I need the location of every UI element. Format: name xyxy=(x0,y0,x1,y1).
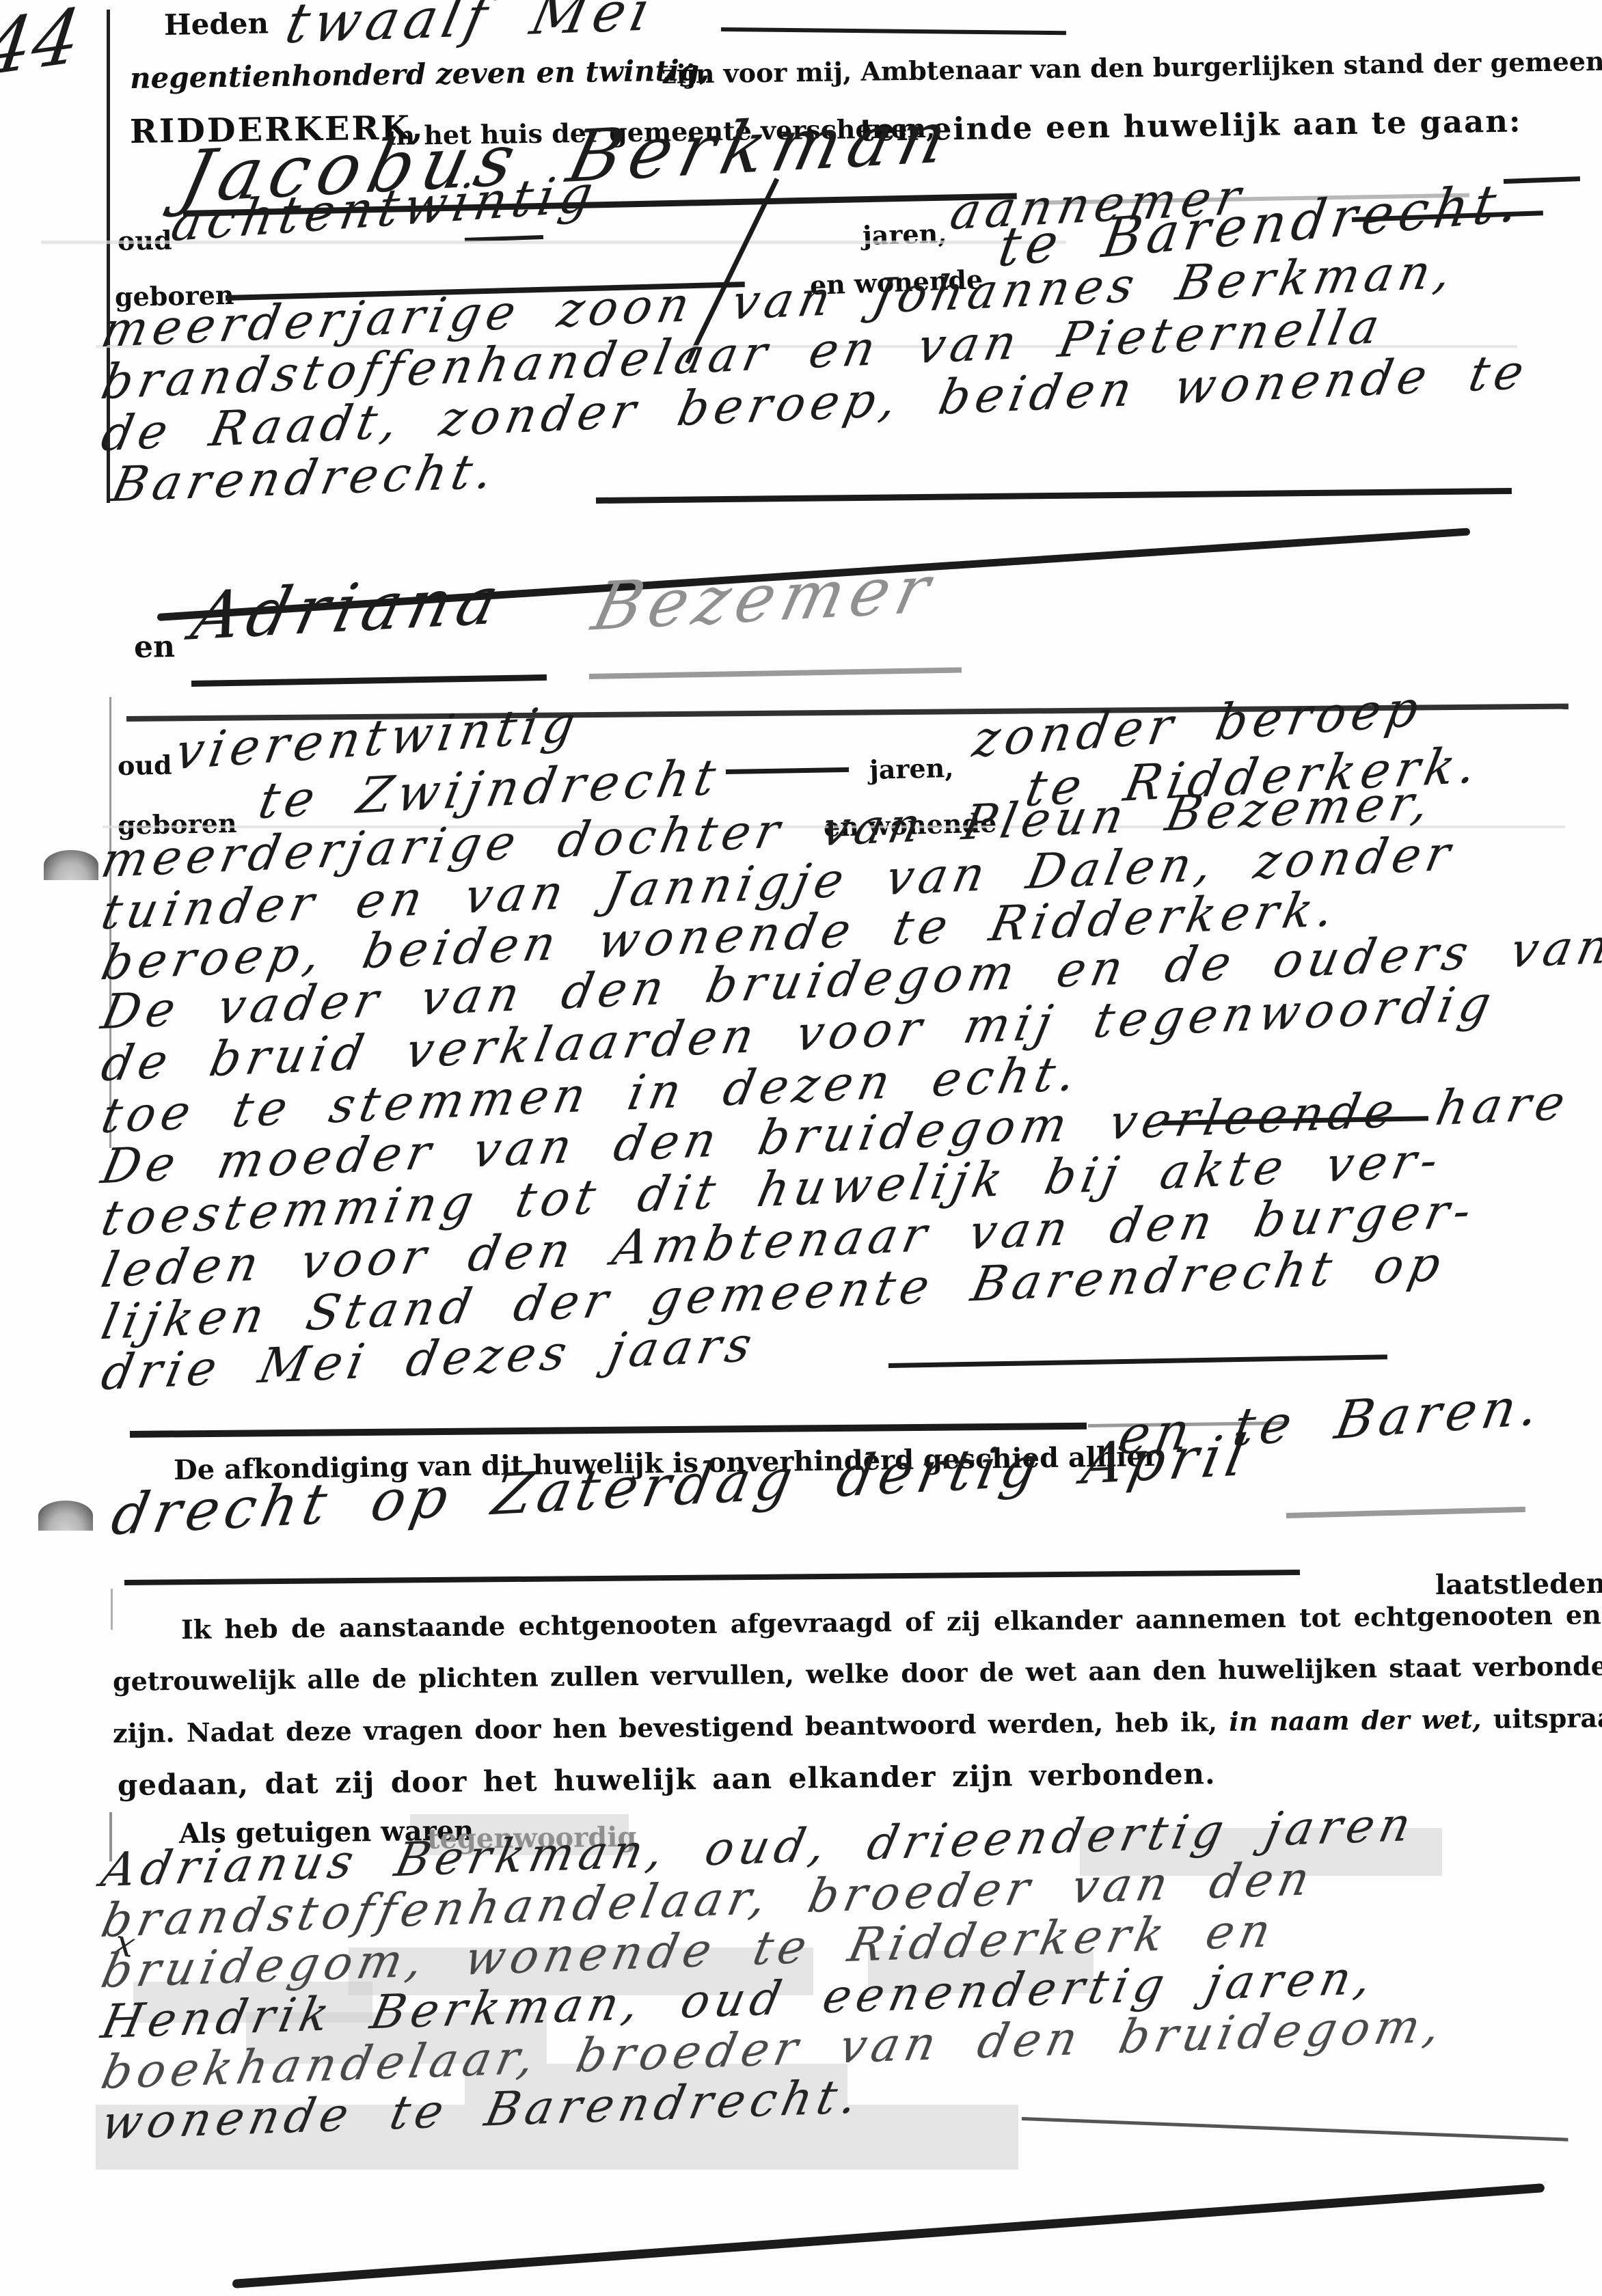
vows-line-4: gedaan, dat zij door het huwelijk aan el… xyxy=(118,1757,1216,1802)
year-line: negentienhonderd zeven en twintig, xyxy=(130,53,710,95)
laatstleden-label: laatstleden. xyxy=(1435,1568,1602,1601)
date-entry: twaalf Mei xyxy=(280,0,661,55)
bottom-bold-diagonal xyxy=(232,2183,1545,2288)
bride-oud-label: oud xyxy=(118,750,172,781)
marriage-certificate-scan: 44 x Heden twaalf Mei negentienhonderd z… xyxy=(0,0,1602,2296)
bride-first-name: Adriana xyxy=(185,561,513,655)
bride-age-dash xyxy=(726,767,849,774)
bride-en-label: en xyxy=(134,629,176,665)
bride-first-name-underline xyxy=(191,674,547,687)
hole-punch-top xyxy=(44,850,98,880)
vows-line-3-end: uitspraak xyxy=(1481,1702,1602,1734)
groom-section-end-rule xyxy=(596,488,1512,504)
left-margin-rule-faint-2 xyxy=(111,1589,113,1630)
vows-line-3: zijn. Nadat deze vragen door hen bevesti… xyxy=(113,1702,1602,1749)
hole-punch-bottom xyxy=(38,1501,93,1531)
heden-label: Heden xyxy=(164,6,269,42)
vows-line-3-emphasis: in naam der wet, xyxy=(1229,1704,1482,1737)
banns-top-rule xyxy=(130,1423,1087,1438)
vows-line-3-start: zijn. Nadat deze vragen door hen bevesti… xyxy=(113,1706,1230,1749)
bride-jaren-label: jaren, xyxy=(869,752,954,785)
vows-line-1: Ik heb de aanstaande echtgenooten afgevr… xyxy=(181,1599,1601,1645)
header-fill-rule xyxy=(721,27,1066,35)
year-line-rest: zijn voor mij, Ambtenaar van den burgerl… xyxy=(662,45,1602,90)
banns-bottom-rule xyxy=(124,1570,1300,1585)
vows-line-2: getrouwelijk alle de plichten zullen ver… xyxy=(113,1650,1602,1697)
groom-jaren-label: jaren, xyxy=(862,218,947,251)
bottom-thin-diagonal xyxy=(1022,2117,1569,2142)
banns-dash xyxy=(1286,1507,1525,1518)
consent-end-rule xyxy=(888,1354,1387,1368)
scan-smear-1 xyxy=(41,241,1066,244)
banns-handwritten-2: drecht op Zaterdag dertig April xyxy=(107,1423,1256,1548)
bride-last-name: Bezemer xyxy=(586,550,944,646)
margin-act-number: 44 xyxy=(0,0,87,94)
bride-last-name-underline xyxy=(589,667,962,679)
